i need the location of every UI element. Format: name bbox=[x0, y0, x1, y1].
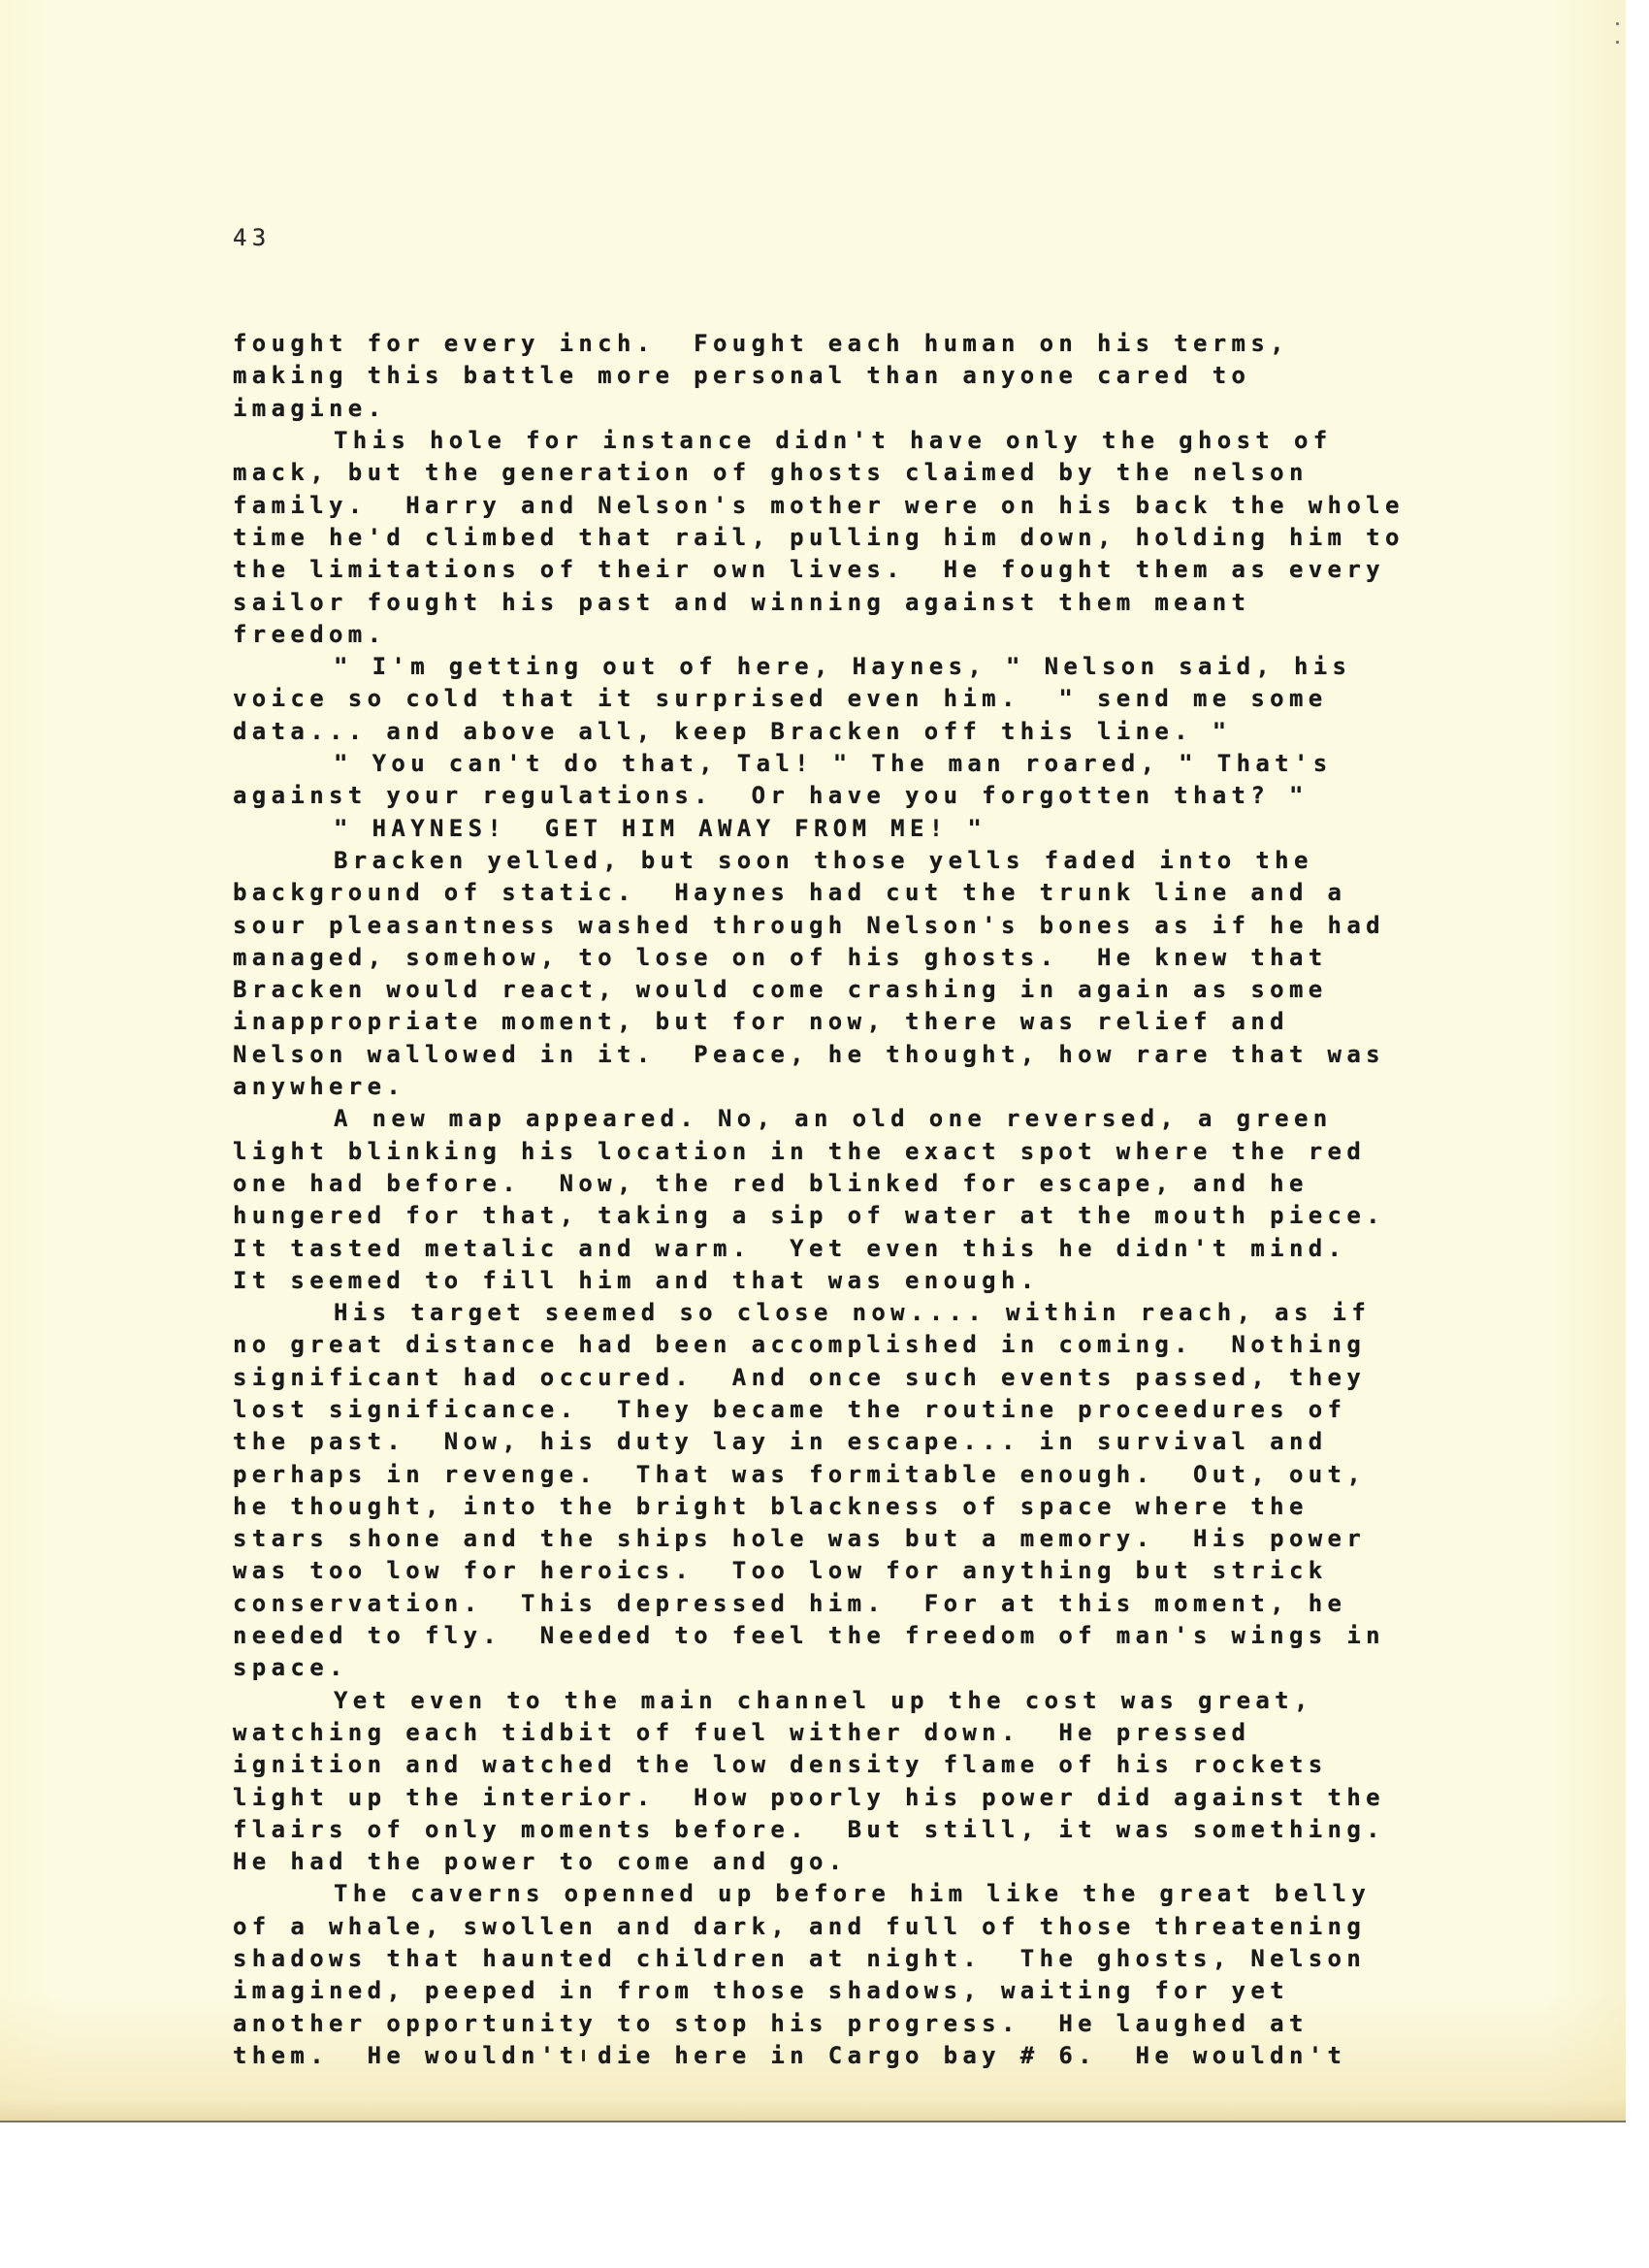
text-line: background of static. Haynes had cut the… bbox=[233, 877, 1405, 909]
text-line: data... and above all, keep Bracken off … bbox=[233, 716, 1405, 748]
text-line: flairs of only moments before. But still… bbox=[233, 1814, 1405, 1846]
text-line: " You can't do that, Tal! " The man roar… bbox=[233, 748, 1405, 780]
text-line: against your regulations. Or have you fo… bbox=[233, 780, 1405, 812]
text-line: the past. Now, his duty lay in escape...… bbox=[233, 1426, 1405, 1458]
text-line: fought for every inch. Fought each human… bbox=[233, 328, 1405, 360]
text-line: imagine. bbox=[233, 393, 1405, 425]
text-line: anywhere. bbox=[233, 1071, 1405, 1103]
text-line: another opportunity to stop his progress… bbox=[233, 2008, 1405, 2040]
text-line: freedom. bbox=[233, 619, 1405, 651]
text-line: was too low for heroics. Too low for any… bbox=[233, 1555, 1405, 1587]
text-line: shadows that haunted children at night. … bbox=[233, 1943, 1405, 1975]
text-line: managed, somehow, to lose on of his ghos… bbox=[233, 942, 1405, 974]
text-line: It seemed to fill him and that was enoug… bbox=[233, 1265, 1405, 1297]
text-line: His target seemed so close now.... withi… bbox=[233, 1297, 1405, 1329]
text-line: he thought, into the bright blackness of… bbox=[233, 1491, 1405, 1523]
text-line: making this battle more personal than an… bbox=[233, 360, 1405, 392]
text-line: He had the power to come and go. bbox=[233, 1846, 1405, 1878]
text-line: needed to fly. Needed to feel the freedo… bbox=[233, 1620, 1405, 1652]
text-line: one had before. Now, the red blinked for… bbox=[233, 1168, 1405, 1200]
text-line: them. He wouldn't die here in Cargo bay … bbox=[233, 2040, 1405, 2072]
text-line: hungered for that, taking a sip of water… bbox=[233, 1200, 1405, 1232]
text-line: voice so cold that it surprised even him… bbox=[233, 683, 1405, 715]
text-line: ignition and watched the low density fla… bbox=[233, 1749, 1405, 1781]
text-line: inappropriate moment, but for now, there… bbox=[233, 1006, 1405, 1038]
text-line: Yet even to the main channel up the cost… bbox=[233, 1685, 1405, 1717]
text-line: Bracken would react, would come crashing… bbox=[233, 974, 1405, 1006]
text-line: the limitations of their own lives. He f… bbox=[233, 554, 1405, 586]
text-line: This hole for instance didn't have only … bbox=[233, 425, 1405, 457]
text-line: imagined, peeped in from those shadows, … bbox=[233, 1975, 1405, 2007]
paper-speck bbox=[1616, 22, 1619, 25]
text-line: sailor fought his past and winning again… bbox=[233, 587, 1405, 619]
text-line: perhaps in revenge. That was formitable … bbox=[233, 1459, 1405, 1491]
body-lines: fought for every inch. Fought each human… bbox=[233, 328, 1405, 2072]
page-body: 43 fought for every inch. Fought each hu… bbox=[233, 157, 1405, 2137]
text-line: light up the interior. How poorly his po… bbox=[233, 1782, 1405, 1814]
paper-speck bbox=[582, 2050, 585, 2061]
paper-speck bbox=[1616, 41, 1619, 44]
text-line: " I'm getting out of here, Haynes, " Nel… bbox=[233, 651, 1405, 683]
text-line: of a whale, swollen and dark, and full o… bbox=[233, 1911, 1405, 1943]
text-line: A new map appeared. No, an old one rever… bbox=[233, 1103, 1405, 1135]
text-line: significant had occured. And once such e… bbox=[233, 1362, 1405, 1394]
text-line: It tasted metalic and warm. Yet even thi… bbox=[233, 1233, 1405, 1265]
text-line: no great distance had been accomplished … bbox=[233, 1329, 1405, 1361]
text-line: family. Harry and Nelson's mother were o… bbox=[233, 490, 1405, 522]
text-line: lost significance. They became the routi… bbox=[233, 1394, 1405, 1426]
text-line: watching each tidbit of fuel wither down… bbox=[233, 1717, 1405, 1749]
text-line: The caverns openned up before him like t… bbox=[233, 1878, 1405, 1910]
typewritten-page: 43 fought for every inch. Fought each hu… bbox=[0, 0, 1626, 2122]
text-line: time he'd climbed that rail, pulling him… bbox=[233, 522, 1405, 554]
text-line: sour pleasantness washed through Nelson'… bbox=[233, 910, 1405, 942]
text-line: stars shone and the ships hole was but a… bbox=[233, 1523, 1405, 1555]
page-number: 43 bbox=[233, 222, 1405, 264]
text-line: Nelson wallowed in it. Peace, he thought… bbox=[233, 1039, 1405, 1071]
text-line: conservation. This depressed him. For at… bbox=[233, 1588, 1405, 1620]
text-line: light blinking his location in the exact… bbox=[233, 1136, 1405, 1168]
text-line: mack, but the generation of ghosts claim… bbox=[233, 457, 1405, 489]
text-line: Bracken yelled, but soon those yells fad… bbox=[233, 845, 1405, 877]
text-line: " HAYNES! GET HIM AWAY FROM ME! " bbox=[233, 813, 1405, 845]
text-line: space. bbox=[233, 1652, 1405, 1684]
